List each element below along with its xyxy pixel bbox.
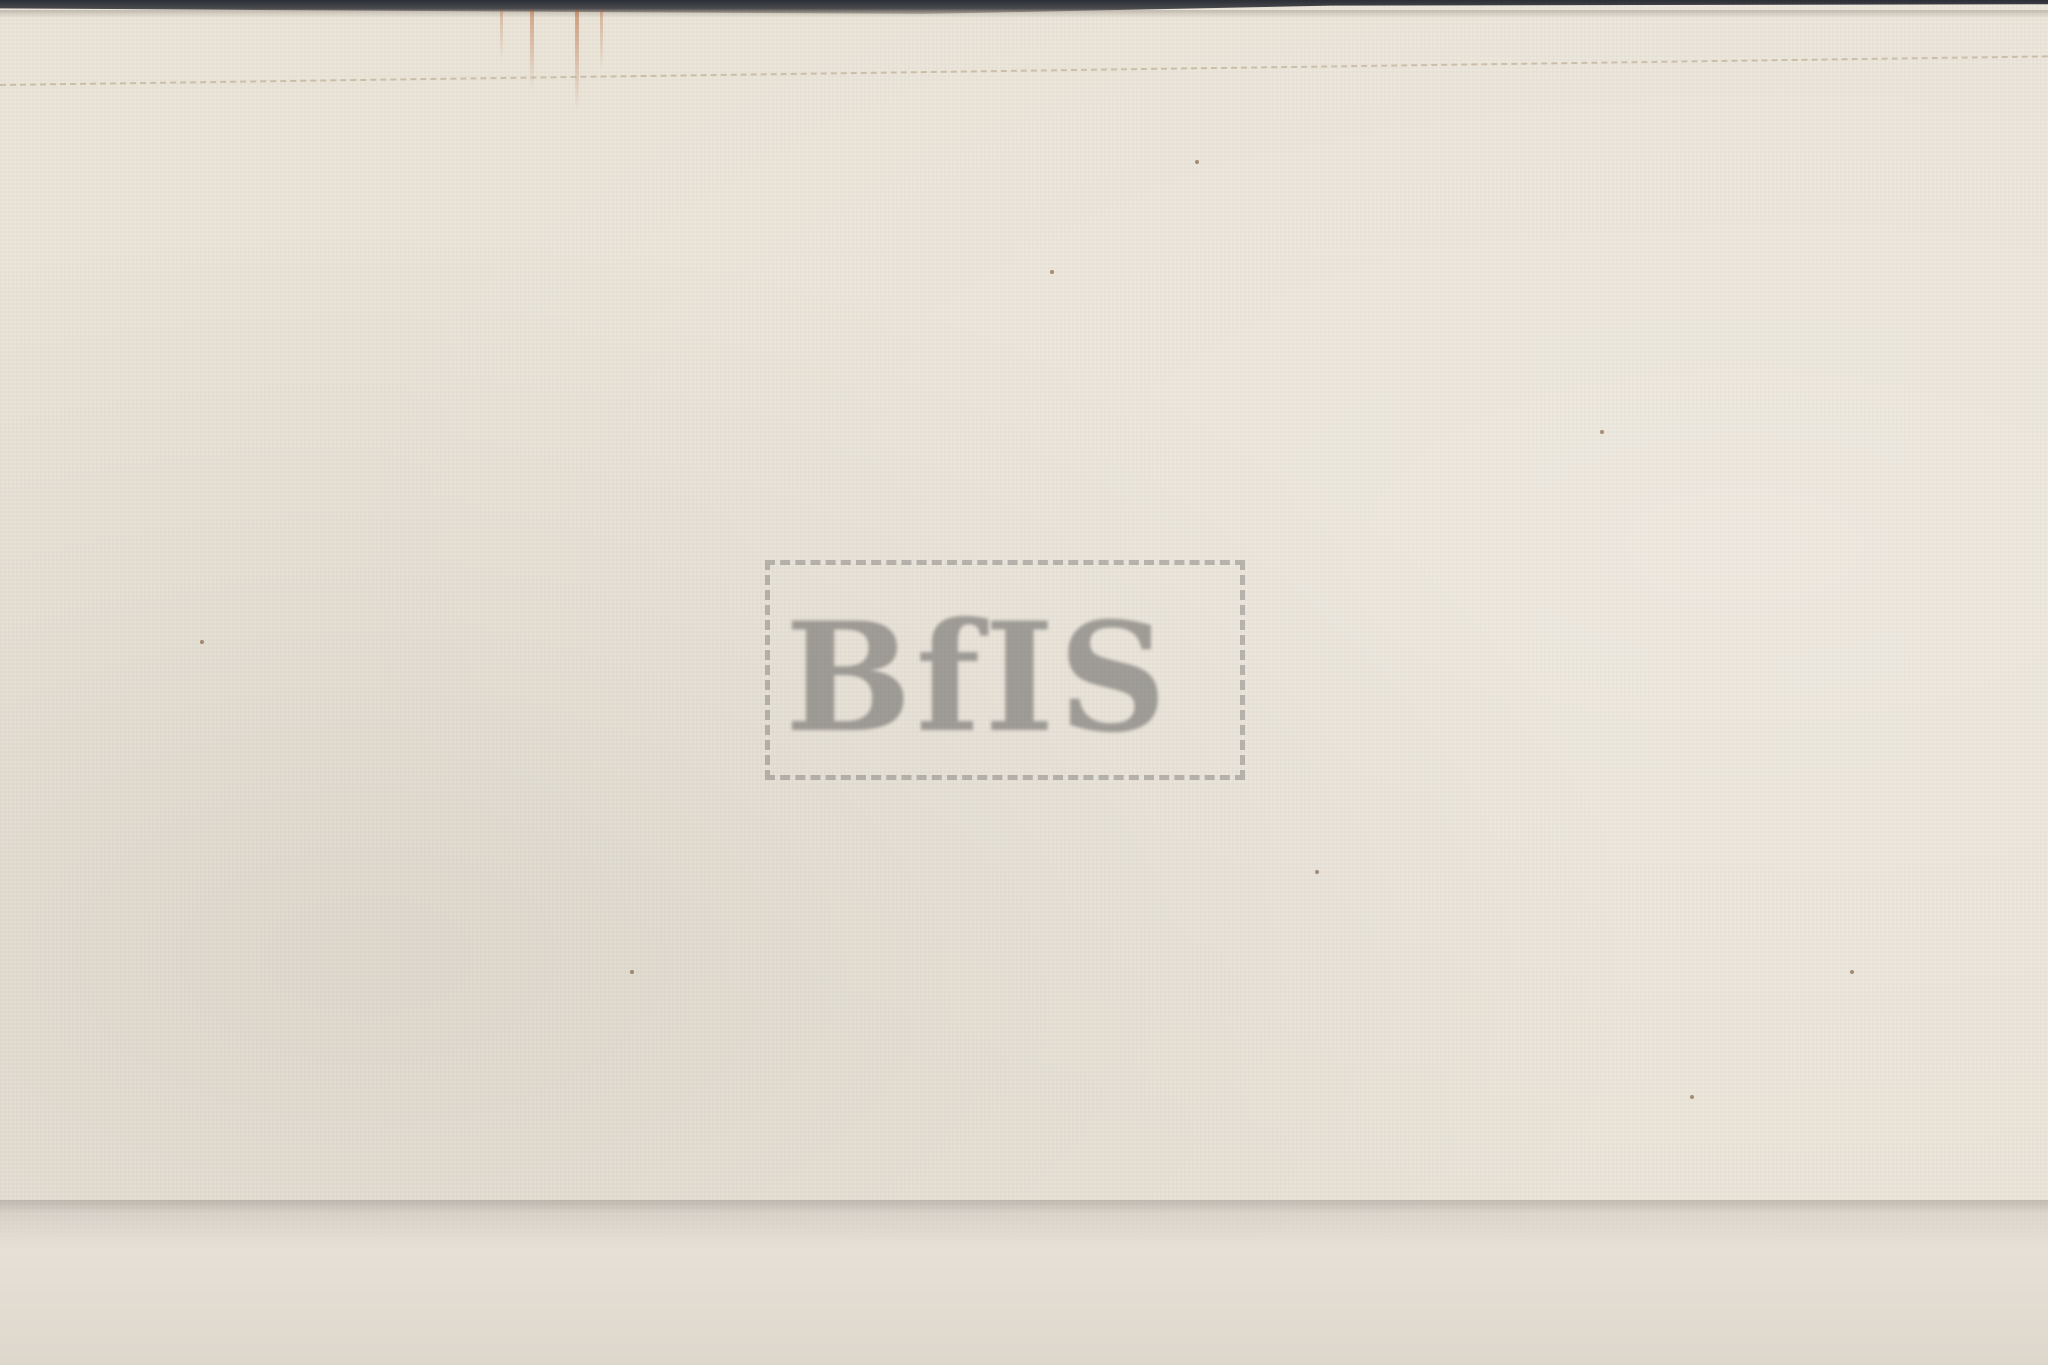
top-fold-shadow (0, 10, 2048, 18)
fleck (1050, 270, 1054, 274)
stitch-line (0, 55, 2048, 88)
fleck (1195, 160, 1199, 164)
bottom-fold (0, 1200, 2048, 1365)
stamp-text: BfIS (785, 590, 1171, 766)
fleck (200, 640, 204, 644)
fleck (1600, 430, 1604, 434)
fleck (1315, 870, 1319, 874)
ink-stamp: BfIS (755, 520, 1315, 790)
fabric-photo: BfIS (0, 0, 2048, 1365)
fleck (630, 970, 634, 974)
fleck (1690, 1095, 1694, 1099)
fleck (1850, 970, 1854, 974)
rust-stains (480, 10, 640, 130)
